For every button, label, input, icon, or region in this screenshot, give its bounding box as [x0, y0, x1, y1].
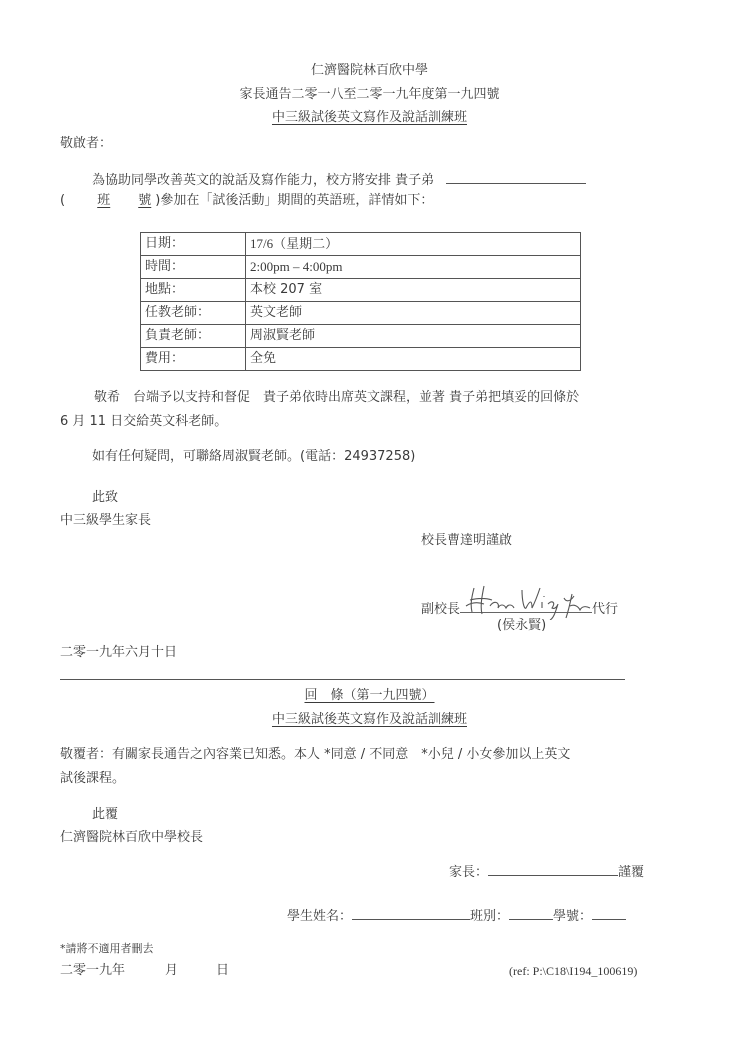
- student-number-field[interactable]: [592, 905, 626, 920]
- parent-signature-field[interactable]: [488, 861, 618, 876]
- intro-line-1: 為協助同學改善英文的說話及寫作能力，校方將安排 貴子弟: [92, 169, 586, 190]
- reply-recipient: 仁濟醫院林百欣中學校長: [60, 829, 203, 847]
- student-info-row: 學生姓名：班別：學號：: [287, 905, 626, 926]
- vice-principal-name: (侯永賢): [497, 617, 546, 635]
- student-name-field[interactable]: [352, 905, 470, 920]
- detail-value: 全免: [246, 348, 581, 371]
- notice-date: 二零一九年六月十日: [60, 644, 177, 662]
- signature-line: [460, 596, 592, 613]
- table-row: 負責老師： 周淑賢老師: [141, 325, 581, 348]
- principal-signoff: 校長曹達明謹啟: [421, 532, 512, 550]
- paren-open: (: [60, 193, 65, 208]
- notice-number: 家長通告二零一八至二零一九年度第一九四號: [0, 86, 739, 104]
- intro-text-2: 參加在「試後活動」期間的英語班，詳情如下：: [160, 193, 433, 208]
- body-paragraph-1-line-1: 敬希 台端予以支持和督促 貴子弟依時出席英文課程，並著 貴子弟把填妥的回條於: [94, 389, 579, 407]
- detail-label: 負責老師：: [141, 325, 246, 348]
- closing-recipient: 中三級學生家長: [60, 512, 151, 530]
- parent-label: 家長：: [449, 865, 488, 880]
- footnote: *請將不適用者刪去: [60, 940, 154, 958]
- intro-text: 為協助同學改善英文的說話及寫作能力，校方將安排 貴子弟: [92, 173, 434, 188]
- detail-label: 費用：: [141, 348, 246, 371]
- parent-suffix: 謹覆: [618, 865, 644, 880]
- handwritten-signature-icon: [460, 580, 592, 620]
- details-table: 日期： 17/6（星期二） 時間： 2:00pm – 4:00pm 地點： 本校…: [140, 232, 581, 371]
- class-number-blank[interactable]: 班號: [75, 193, 155, 208]
- student-name-blank[interactable]: [446, 169, 586, 184]
- reply-text-line-1: 敬覆者：有關家長通告之內容業已知悉。本人 *同意 / 不同意 *小兒 / 小女參…: [60, 746, 570, 764]
- reply-subtitle: 中三級試後英文寫作及說話訓練班: [0, 711, 739, 729]
- salutation: 敬啟者：: [60, 135, 112, 153]
- reply-title: 回 條（第一九四號）: [0, 687, 739, 705]
- detail-label: 地點：: [141, 279, 246, 302]
- detail-value: 本校 207 室: [246, 279, 581, 302]
- detail-label: 日期：: [141, 233, 246, 256]
- class-label: 班別：: [470, 909, 509, 924]
- vice-principal-line: 副校長 代行: [421, 596, 618, 619]
- reply-subtitle-text: 中三級試後英文寫作及說話訓練班: [272, 712, 467, 727]
- detail-label: 任教老師：: [141, 302, 246, 325]
- table-row: 日期： 17/6（星期二）: [141, 233, 581, 256]
- vice-principal-prefix: 副校長: [421, 602, 460, 617]
- detail-value: 17/6（星期二）: [246, 233, 581, 256]
- closing-regards: 此致: [92, 489, 118, 507]
- vice-principal-suffix: 代行: [592, 602, 618, 617]
- tear-off-divider: [60, 679, 625, 680]
- table-row: 地點： 本校 207 室: [141, 279, 581, 302]
- reply-date: 二零一九年月日: [60, 962, 229, 980]
- detail-value: 2:00pm – 4:00pm: [246, 256, 581, 279]
- detail-value: 周淑賢老師: [246, 325, 581, 348]
- notice-title: 中三級試後英文寫作及說話訓練班: [0, 109, 739, 127]
- school-name: 仁濟醫院林百欣中學: [0, 62, 739, 80]
- student-name-label: 學生姓名：: [287, 909, 352, 924]
- table-row: 費用： 全免: [141, 348, 581, 371]
- body-paragraph-1-line-2: 6 月 11 日交給英文科老師。: [60, 413, 227, 431]
- student-number-label: 學號：: [553, 909, 592, 924]
- reply-regards: 此覆: [92, 806, 118, 824]
- detail-label: 時間：: [141, 256, 246, 279]
- detail-value: 英文老師: [246, 302, 581, 325]
- reference-code: (ref: P:\C18\I194_100619): [509, 962, 637, 980]
- reply-text-line-2: 試後課程。: [60, 770, 125, 788]
- parent-signature-row: 家長：謹覆: [449, 861, 644, 882]
- number-label: 號: [138, 193, 151, 208]
- intro-line-2: ( 班號)參加在「試後活動」期間的英語班，詳情如下：: [60, 192, 433, 210]
- class-label: 班: [97, 193, 110, 208]
- reply-title-text: 回 條（第一九四號）: [304, 688, 434, 703]
- reply-date-year: 二零一九年: [60, 963, 125, 978]
- table-row: 時間： 2:00pm – 4:00pm: [141, 256, 581, 279]
- notice-title-text: 中三級試後英文寫作及說話訓練班: [272, 110, 467, 125]
- reply-date-day: 日: [216, 963, 229, 978]
- table-row: 任教老師： 英文老師: [141, 302, 581, 325]
- reply-date-month: 月: [165, 963, 178, 978]
- class-field[interactable]: [509, 905, 553, 920]
- body-paragraph-2: 如有任何疑問，可聯絡周淑賢老師。(電話：24937258): [92, 448, 415, 466]
